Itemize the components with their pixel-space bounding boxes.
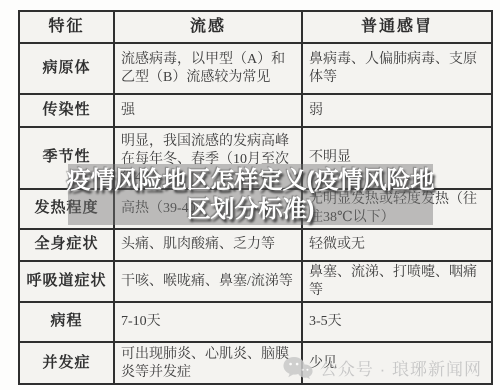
table-row-course: 病程 7-10天 3-5天 xyxy=(20,303,491,343)
header-feature: 特征 xyxy=(20,12,115,42)
table-header-row: 特征 流感 普通感冒 xyxy=(20,12,491,44)
headline-text-line1: 疫情风险地区怎样定义(疫情风险地 xyxy=(67,166,435,195)
row-label: 全身症状 xyxy=(20,230,115,260)
cold-cell: 鼻塞、流涕、打喷嚏、咽痛等 xyxy=(303,262,491,301)
table-row-respiratory-symptoms: 呼吸道症状 干咳、喉咙痛、鼻塞/流涕等 鼻塞、流涕、打喷嚏、咽痛等 xyxy=(20,262,491,303)
flu-cell: 干咳、喉咙痛、鼻塞/流涕等 xyxy=(115,262,303,301)
watermark: 公众号 · 琅琊新闻网 xyxy=(283,355,482,380)
header-flu: 流感 xyxy=(115,12,303,42)
headline-text-line2: 区划分标准) xyxy=(187,195,315,224)
row-label: 病原体 xyxy=(20,44,115,93)
row-label: 病程 xyxy=(20,303,115,341)
flu-cell: 可出现肺炎、心肌炎、脑膜炎等并发症 xyxy=(115,343,303,385)
flu-cell: 流感病毒，以甲型（A）和乙型（B）流感较为常见 xyxy=(115,44,303,93)
table-row-pathogen: 病原体 流感病毒，以甲型（A）和乙型（B）流感较为常见 鼻病毒、人偏肺病毒、支原… xyxy=(20,44,491,95)
row-label: 传染性 xyxy=(20,95,115,126)
article-image: 特征 流感 普通感冒 病原体 流感病毒，以甲型（A）和乙型（B）流感较为常见 鼻… xyxy=(0,0,500,390)
cold-cell: 轻微或无 xyxy=(303,230,491,260)
watermark-text: 公众号 · 琅琊新闻网 xyxy=(320,355,482,380)
header-common-cold: 普通感冒 xyxy=(303,12,491,42)
cold-cell: 鼻病毒、人偏肺病毒、支原体等 xyxy=(303,44,491,93)
table-row-contagiousness: 传染性 强 弱 xyxy=(20,95,491,128)
cold-cell: 3-5天 xyxy=(303,303,491,341)
flu-cell: 头痛、肌肉酸痛、乏力等 xyxy=(115,230,303,260)
flu-cell: 强 xyxy=(115,95,303,126)
headline-overlay: 疫情风险地区怎样定义(疫情风险地 区划分标准) xyxy=(68,164,433,225)
row-label: 并发症 xyxy=(20,343,115,385)
flu-cell: 7-10天 xyxy=(115,303,303,341)
wechat-icon xyxy=(283,356,313,380)
cold-cell: 弱 xyxy=(303,95,491,126)
table-row-systemic-symptoms: 全身症状 头痛、肌肉酸痛、乏力等 轻微或无 xyxy=(20,230,491,262)
row-label: 呼吸道症状 xyxy=(20,262,115,301)
